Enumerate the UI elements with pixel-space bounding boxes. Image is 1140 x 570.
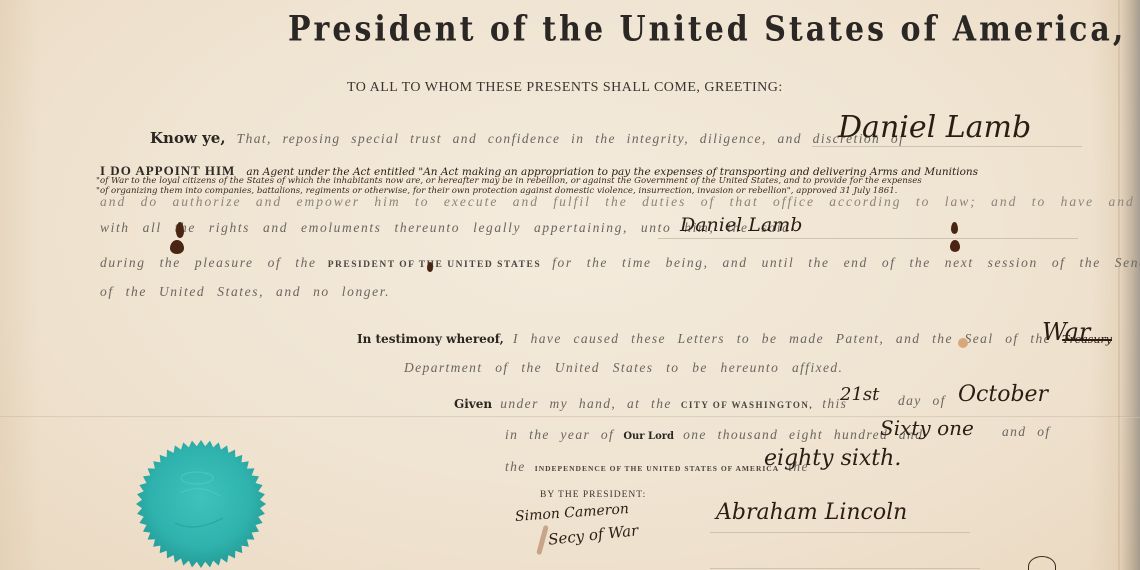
commission-document: President of the United States of Americ… bbox=[0, 0, 1140, 570]
given-line-3-start: the bbox=[505, 459, 526, 474]
rights-line-2: during the pleasure of the PRESIDENT OF … bbox=[100, 252, 1140, 271]
testimony-text: I have caused these Letters to be made P… bbox=[513, 331, 1051, 346]
testimony-line-2: Department of the United States to be he… bbox=[404, 360, 843, 376]
know-ye-line: Know ye, That, reposing special trust an… bbox=[150, 128, 904, 147]
greeting-line: TO ALL TO WHOM THESE PRESENTS SHALL COME… bbox=[347, 80, 783, 96]
war-department-seal-icon bbox=[135, 438, 267, 570]
paper-fold-vertical bbox=[1118, 0, 1120, 570]
given-line-2: in the year of Our Lord one thousand eig… bbox=[505, 424, 923, 443]
year-words: Sixty one bbox=[880, 416, 974, 440]
ink-blot bbox=[170, 240, 184, 254]
ink-blot bbox=[950, 240, 960, 252]
wax-spot bbox=[958, 338, 968, 348]
city-caps: CITY OF WASHINGTON, bbox=[681, 400, 813, 410]
given-line-2-start: in the year of bbox=[505, 427, 614, 442]
testimony-lead: In testimony whereof, bbox=[357, 332, 504, 346]
independence-caps: INDEPENDENCE OF THE UNITED STATES OF AME… bbox=[535, 464, 779, 473]
ink-blot bbox=[176, 222, 184, 238]
ink-blot bbox=[427, 262, 433, 272]
ink-smear bbox=[536, 525, 549, 555]
document-heading: President of the United States of Americ… bbox=[288, 9, 1126, 49]
secretary-title: Secy of War bbox=[547, 521, 639, 548]
by-the-president-label: BY THE PRESIDENT: bbox=[540, 490, 646, 500]
inserted-word-war: War bbox=[1042, 318, 1090, 346]
ink-blot bbox=[951, 222, 958, 234]
given-text-3: day of bbox=[898, 393, 946, 409]
appointee-name-repeat: Daniel Lamb bbox=[680, 214, 802, 236]
rights-line-2-start: during the pleasure of the bbox=[100, 255, 317, 270]
know-ye-lead: Know ye, bbox=[150, 129, 226, 147]
know-ye-text: That, reposing special trust and confide… bbox=[237, 131, 905, 146]
lower-rule bbox=[710, 568, 980, 569]
given-text-1: under my hand, at the bbox=[500, 396, 672, 411]
appointment-handwritten-2: "of War to the loyal citizens of the Sta… bbox=[96, 176, 922, 186]
testimony-line-1: In testimony whereof, I have caused thes… bbox=[357, 328, 1112, 347]
appointment-printed-4: and do authorize and empower him to exec… bbox=[100, 194, 1140, 210]
given-line-2-end: and of bbox=[1002, 424, 1051, 440]
given-line-1: Given under my hand, at the CITY OF WASH… bbox=[454, 393, 847, 412]
given-lead: Given bbox=[454, 397, 492, 411]
president-caps: PRESIDENT OF THE UNITED STATES bbox=[328, 260, 541, 270]
given-day: 21st bbox=[840, 384, 879, 405]
partial-flourish bbox=[1028, 556, 1056, 570]
our-lord: Our Lord bbox=[623, 431, 674, 442]
appointee-repeat-line bbox=[658, 238, 1078, 239]
given-month: October bbox=[958, 382, 1048, 407]
president-signature-line bbox=[710, 532, 970, 533]
secretary-signature: Simon Cameron bbox=[515, 501, 630, 525]
independence-year: eighty sixth. bbox=[764, 446, 901, 471]
appointee-line bbox=[812, 146, 1082, 147]
appointee-signature: Daniel Lamb bbox=[838, 110, 1031, 145]
rights-line-3: of the United States, and no longer. bbox=[100, 284, 390, 300]
rights-line-2-end: for the time being, and until the end of… bbox=[552, 255, 1140, 270]
president-signature: Abraham Lincoln bbox=[716, 500, 907, 525]
